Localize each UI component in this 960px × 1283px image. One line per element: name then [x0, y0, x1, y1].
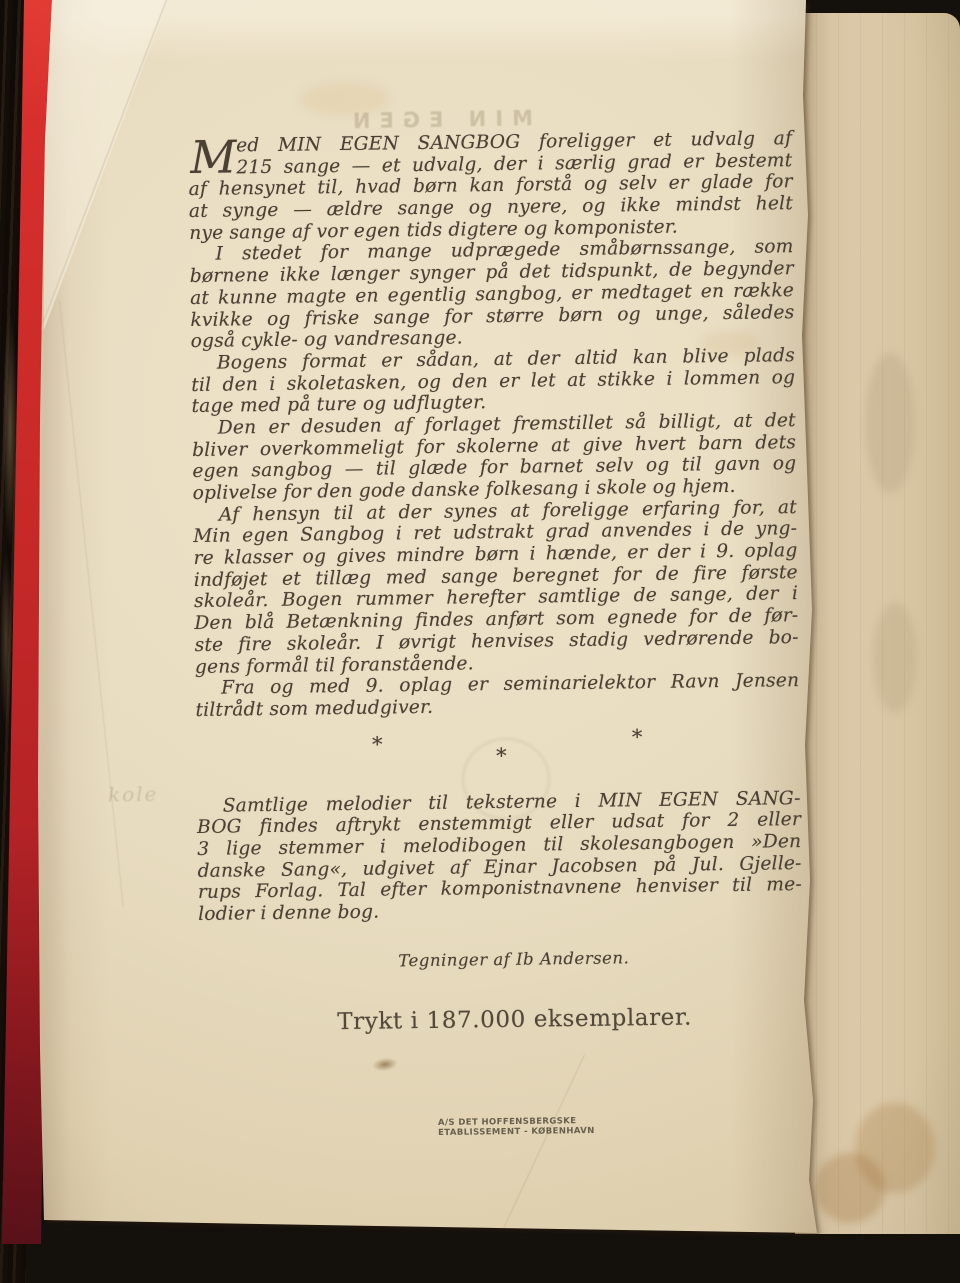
- asterisk: *: [632, 725, 643, 749]
- illustrator-credit: Tegninger af Ib Andersen.: [199, 946, 803, 973]
- page-crease: [59, 300, 124, 907]
- preface-paragraph: Fra og med 9. oplag er seminarielektor R…: [195, 670, 800, 721]
- show-through-text: kole: [108, 782, 159, 807]
- melody-note-paragraph: Samtlige melodier til teksterne i MIN EG…: [197, 788, 803, 926]
- printer-imprint-line2: ETABLISSEMENT - KØBENHAVN: [438, 1126, 595, 1138]
- drop-cap: M: [190, 137, 237, 178]
- preface-paragraph: ed MIN EGEN SANGBOG foreligger et udvalg…: [188, 128, 793, 244]
- preface-paragraph: Af hensyn til at der synes at foreligge …: [193, 497, 799, 678]
- asterisk-separator: * * *: [196, 726, 800, 764]
- printer-imprint: A/S DET HOFFENSBERGSKE ETABLISSEMENT - K…: [438, 1117, 595, 1138]
- preface-paragraph: Den er desuden af forlaget fremstillet s…: [192, 410, 797, 505]
- preface-paragraph: I stedet for mange udprægede småbørnssan…: [189, 237, 794, 353]
- preface-paragraph: Bogens format er sådan, at der altid kan…: [191, 345, 796, 418]
- asterisk: *: [372, 732, 383, 756]
- book-photo: MIN EGEN kole M ed MIN EGEN SANGBOG fore…: [0, 0, 960, 1283]
- asterisk: *: [496, 743, 507, 767]
- show-through-text: MIN EGEN: [318, 106, 533, 134]
- page-text-block: M ed MIN EGEN SANGBOG foreligger et udva…: [188, 128, 804, 1037]
- ink-stain: [371, 1056, 399, 1072]
- page-crease: [483, 1055, 585, 1273]
